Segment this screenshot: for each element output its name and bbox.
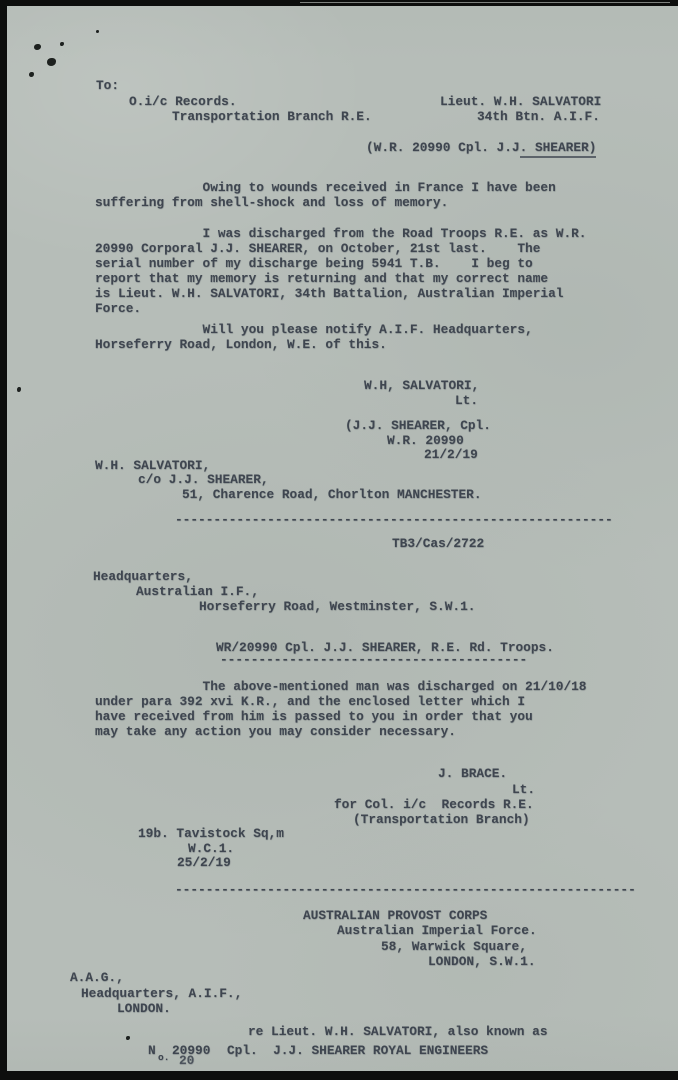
to-label: To: <box>96 78 119 93</box>
paragraph-3: Will you please notify A.I.F. Headquarte… <box>95 322 533 352</box>
address2-line1: Headquarters, <box>93 569 193 584</box>
address3-date: 25/2/19 <box>177 855 231 870</box>
bottom-n: N <box>148 1043 156 1058</box>
letterhead-line4: LONDON, S.W.1. <box>428 954 536 969</box>
address2-line2: Australian I.F., <box>136 584 259 599</box>
bottom-overstrike: 20 <box>179 1053 194 1068</box>
paragraph-1: Owing to wounds received in France I hav… <box>95 180 556 210</box>
file-reference: TB3/Cas/2722 <box>392 536 484 551</box>
signature2-rank: Lt. <box>512 782 535 797</box>
sender-line1: Lieut. W.H. SALVATORI <box>440 94 601 109</box>
address1-line2: c/o J.J. SHEARER, <box>138 472 269 487</box>
address1-line1: W.H. SALVATORI, <box>95 458 210 473</box>
address3-line2: W.C.1. <box>188 841 234 856</box>
paragraph-4: The above-mentioned man was discharged o… <box>95 679 586 739</box>
sender-line2: 34th Btn. A.I.F. <box>477 109 600 124</box>
paragraph-2: I was discharged from the Road Troops R.… <box>95 226 586 316</box>
signature2-for: for Col. i/c Records R.E. <box>334 797 534 812</box>
reference-underline <box>520 156 596 158</box>
address3-line1: 19b. Tavistock Sq,m <box>138 826 284 841</box>
reference-line: (W.R. 20990 Cpl. J.J. SHEARER) <box>366 140 596 155</box>
recipient-line2: Transportation Branch R.E. <box>172 109 372 124</box>
address1-line3: 51, Charence Road, Chorlton MANCHESTER. <box>182 487 482 502</box>
letterhead-line3: 58, Warwick Square, <box>381 939 527 954</box>
scan-edge-left <box>0 0 7 1080</box>
recipient-line1: O.i/c Records. <box>129 94 237 109</box>
address2-line3: Horseferry Road, Westminster, S.W.1. <box>199 599 475 614</box>
address4-line2: Headquarters, A.I.F., <box>81 986 242 1001</box>
bottom-rest: Cpl. J.J. SHEARER ROYAL ENGINEERS <box>227 1043 488 1058</box>
scan-edge-top <box>0 0 678 6</box>
bottom-o-sub: o. <box>158 1050 169 1065</box>
cosignature-line1: (J.J. SHEARER, Cpl. <box>345 418 491 433</box>
subject-underline: ---------------------------------------- <box>220 652 527 667</box>
address4-line1: A.A.G., <box>70 970 124 985</box>
separator-2: ----------------------------------------… <box>175 882 636 897</box>
scan-edge-bottom <box>0 1071 678 1080</box>
signature1-rank: Lt. <box>455 393 478 408</box>
signature2-branch: (Transportation Branch) <box>353 812 530 827</box>
cosignature-line2: W.R. 20990 <box>387 433 464 448</box>
re-line: re Lieut. W.H. SALVATORI, also known as <box>248 1024 548 1039</box>
scan-edge-hairline <box>300 2 670 3</box>
signature2-name: J. BRACE. <box>438 766 507 781</box>
separator-1: ----------------------------------------… <box>175 512 613 527</box>
letterhead-line1: AUSTRALIAN PROVOST CORPS <box>303 908 487 923</box>
address4-line3: LONDON. <box>117 1001 171 1016</box>
signature1-name: W.H, SALVATORI, <box>364 378 479 393</box>
letterhead-line2: Australian Imperial Force. <box>337 923 537 938</box>
scanned-letter-page: To: O.i/c Records. Transportation Branch… <box>0 0 678 1080</box>
cosignature-date: 21/2/19 <box>424 447 478 462</box>
